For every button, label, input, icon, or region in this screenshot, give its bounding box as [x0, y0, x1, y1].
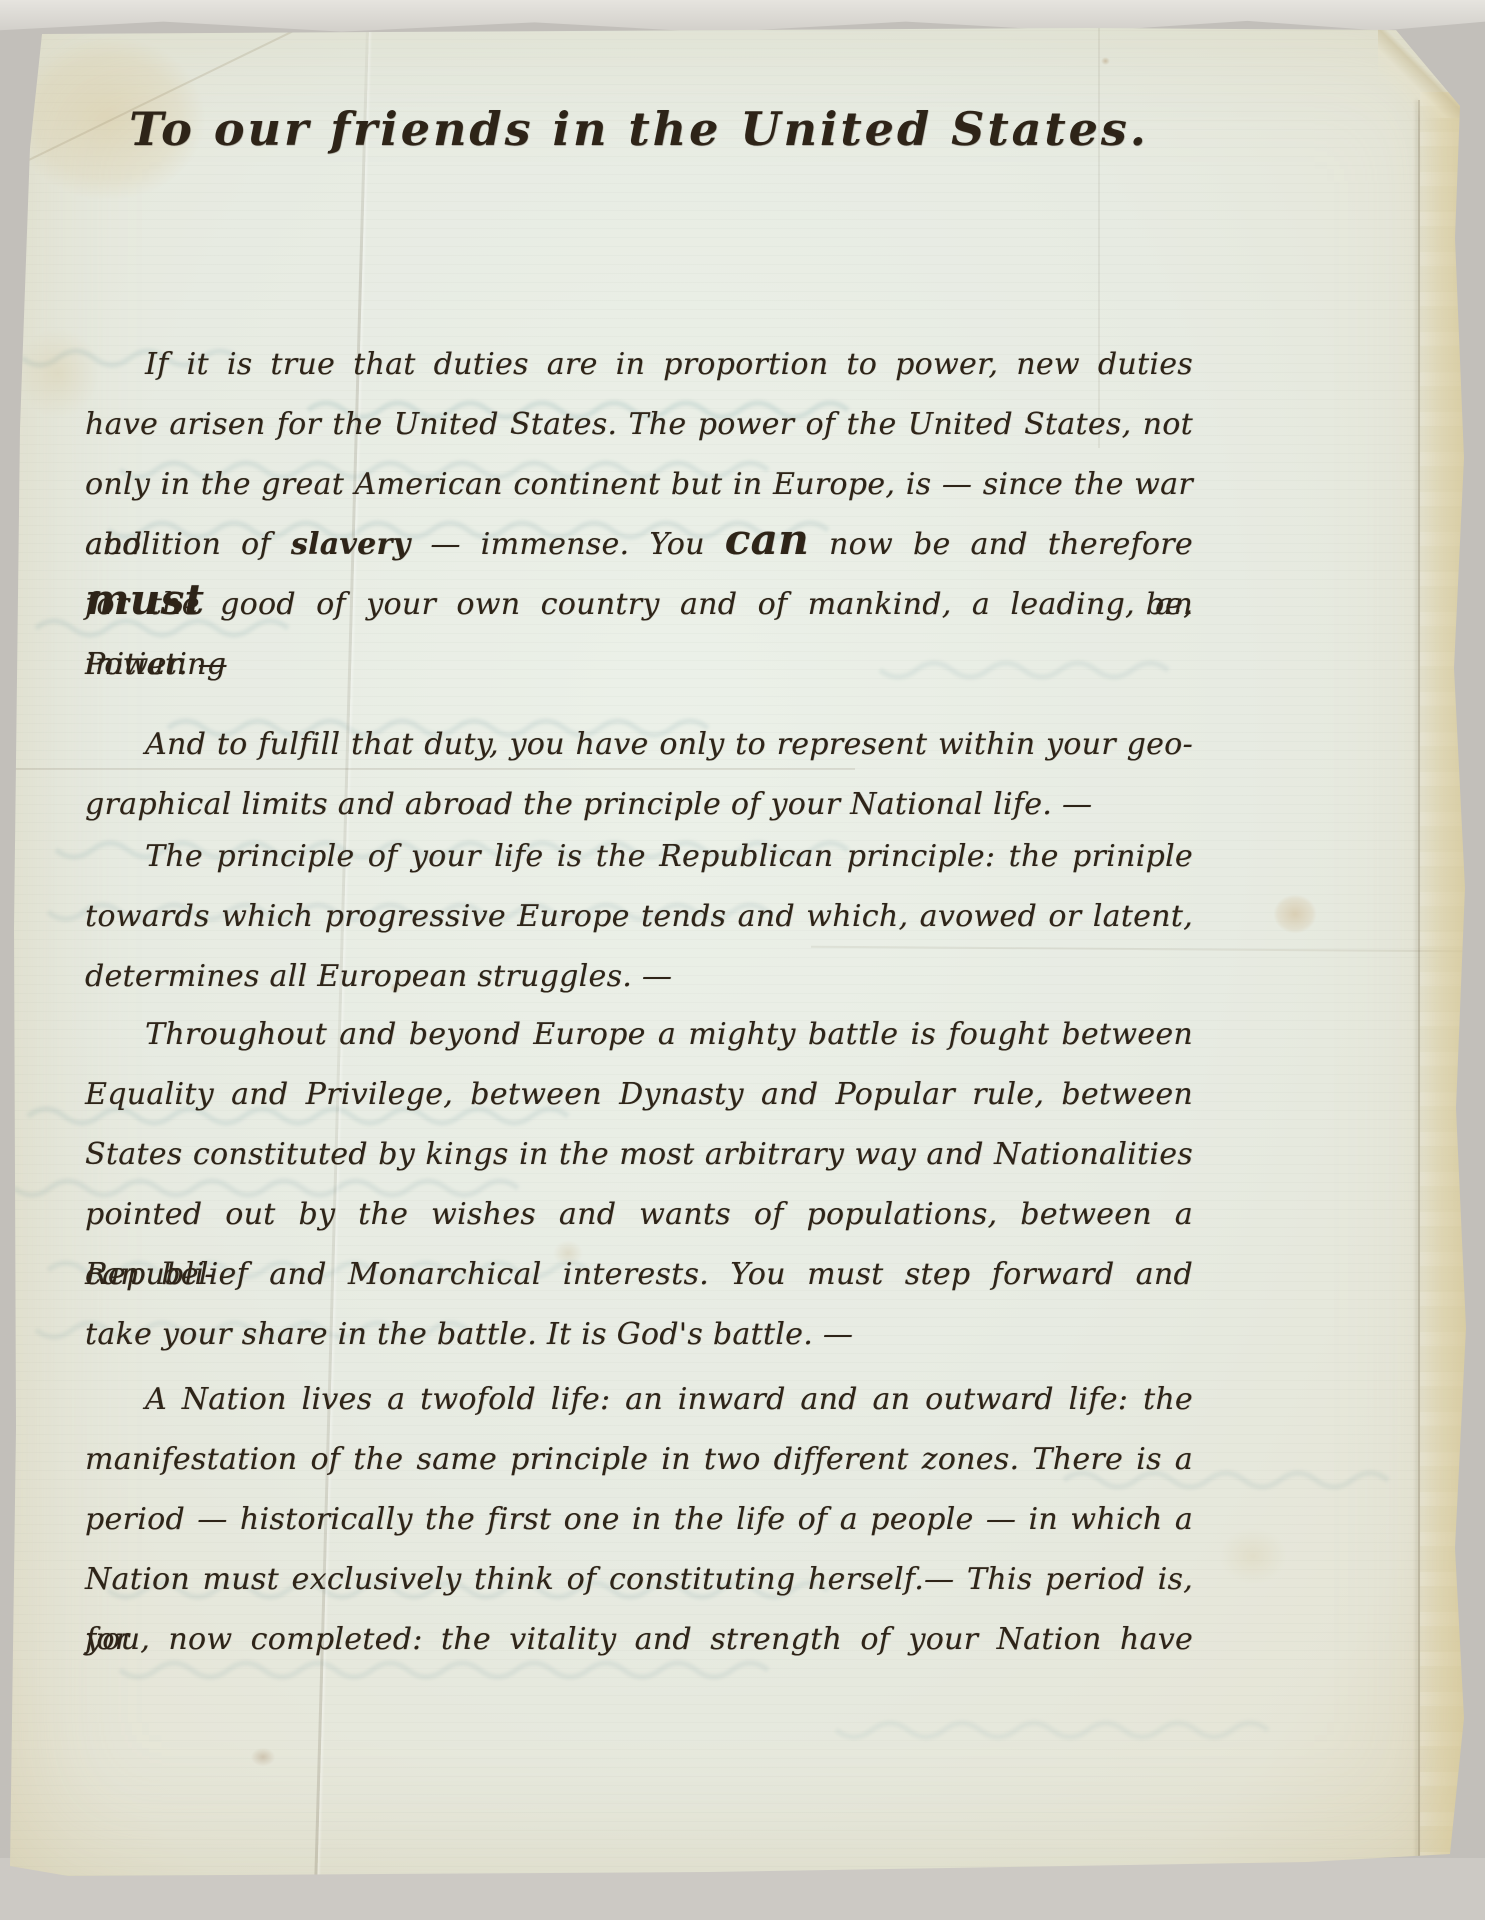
- manuscript-line: for the good of your own country and of …: [85, 575, 1193, 635]
- manuscript-line: Power. —: [85, 635, 1193, 695]
- letter-sheet: To our friends in the United States. If …: [8, 28, 1468, 1876]
- manuscript-line: period — historically the first one in t…: [85, 1490, 1193, 1550]
- letter-title: To our friends in the United States.: [85, 102, 1193, 156]
- manuscript-line: have arisen for the United States. The p…: [85, 395, 1193, 455]
- dog-ear-corner: [1378, 28, 1468, 118]
- manuscript-line: graphical limits and abroad the principl…: [85, 775, 1193, 835]
- scanned-letter-page: To our friends in the United States. If …: [0, 0, 1485, 1920]
- manuscript-line: Nation must exclusively think of constit…: [85, 1550, 1193, 1610]
- manuscript-line: If it is true that duties are in proport…: [85, 335, 1193, 395]
- manuscript-line: And to fulfill that duty, you have only …: [85, 715, 1193, 775]
- paragraph: The principle of your life is the Republ…: [85, 827, 1193, 1007]
- paragraph: A Nation lives a twofold life: an inward…: [85, 1370, 1193, 1670]
- manuscript-line: manifestation of the same principle in t…: [85, 1430, 1193, 1490]
- aged-page-edge: [1420, 92, 1468, 1876]
- manuscript-line: can belief and Monarchical interests. Yo…: [85, 1245, 1193, 1305]
- page-edge-fold-line: [1418, 100, 1420, 1866]
- manuscript-line: determines all European struggles. —: [85, 947, 1193, 1007]
- manuscript-line: Throughout and beyond Europe a mighty ba…: [85, 1005, 1193, 1065]
- manuscript-line: Equality and Privilege, between Dynasty …: [85, 1065, 1193, 1125]
- manuscript-line: pointed out by the wishes and wants of p…: [85, 1185, 1193, 1245]
- paragraph: And to fulfill that duty, you have only …: [85, 715, 1193, 835]
- letter-content: To our friends in the United States. If …: [85, 28, 1193, 1876]
- manuscript-line: A Nation lives a twofold life: an inward…: [85, 1370, 1193, 1430]
- manuscript-line: abolition of slavery — immense. You can …: [85, 515, 1193, 575]
- manuscript-line: you, now completed: the vitality and str…: [85, 1610, 1193, 1670]
- paragraph: If it is true that duties are in proport…: [85, 335, 1193, 695]
- manuscript-line: take your share in the battle. It is God…: [85, 1305, 1193, 1365]
- manuscript-line: only in the great American continent but…: [85, 455, 1193, 515]
- manuscript-line: towards which progressive Europe tends a…: [85, 887, 1193, 947]
- stain: [1266, 888, 1324, 940]
- manuscript-line: The principle of your life is the Republ…: [85, 827, 1193, 887]
- paragraph: Throughout and beyond Europe a mighty ba…: [85, 1005, 1193, 1365]
- stain: [1208, 1518, 1298, 1594]
- manuscript-line: States constituted by kings in the most …: [85, 1125, 1193, 1185]
